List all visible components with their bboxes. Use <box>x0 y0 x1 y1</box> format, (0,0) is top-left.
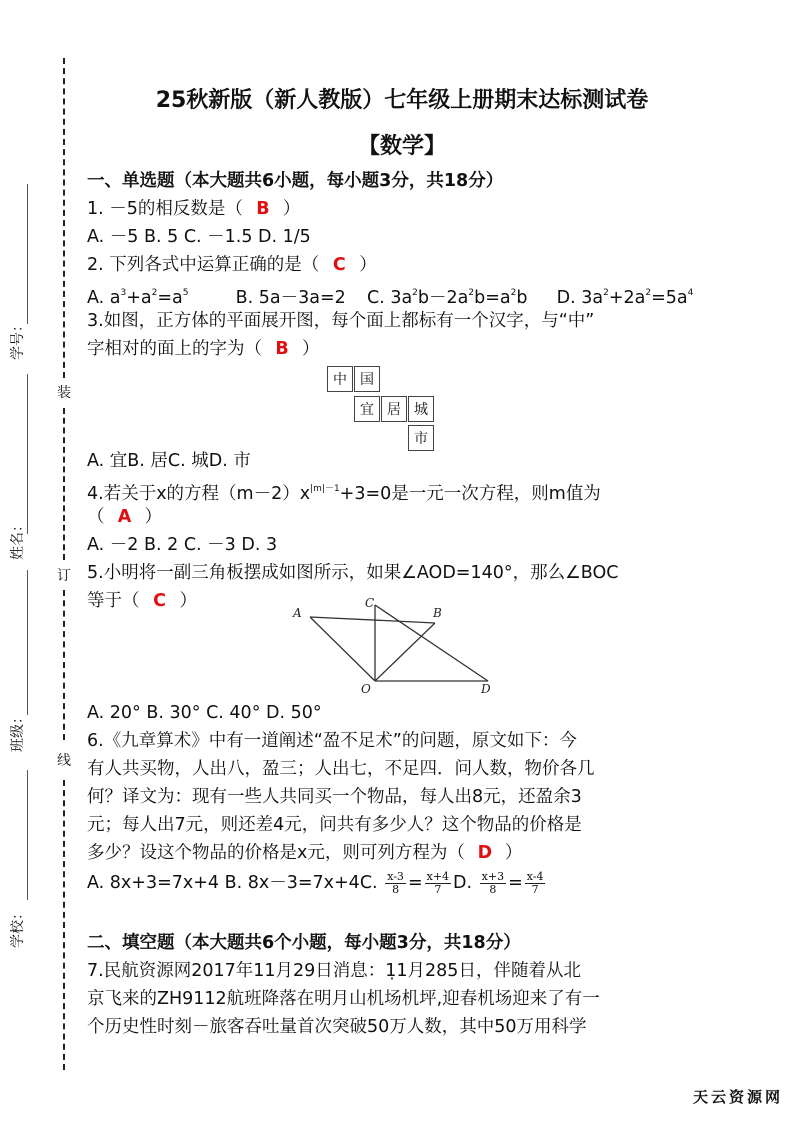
question-number: 1. <box>87 199 104 219</box>
question-7-stem-line1: 7.民航资源网2017年11月29日消息：1̣1月285日，伴随着从北 <box>87 958 581 984</box>
student-id-underline[interactable] <box>27 184 28 324</box>
question-1-options: A. －5 B. 5 C. －1.5 D. 1/5 <box>87 224 311 250</box>
question-text-end: ） <box>283 199 301 219</box>
name-label: 姓名： <box>8 540 28 560</box>
option-b: B. 8x－3=7x+4 <box>225 873 360 893</box>
answer-mark: D <box>465 840 505 866</box>
cube-face: 城 <box>408 396 434 422</box>
question-number: 7. <box>87 961 104 981</box>
question-number: 3. <box>87 311 104 331</box>
answer-mark: A <box>105 504 145 530</box>
question-1-stem: 1. －5的相反数是（B） <box>87 196 300 222</box>
answer-mark: B <box>262 336 302 362</box>
question-text: 小明将一副三角板摆成如图所示，如果∠AOD=140°，那么∠BOC <box>104 563 619 583</box>
exam-title: 25秋新版（新人教版）七年级上册期末达标测试卷 <box>97 86 707 116</box>
point-label-a: A <box>292 606 302 620</box>
question-4-options: A. －2 B. 2 C. －3 D. 3 <box>87 532 277 558</box>
question-6-stem-line1: 6.《九章算术》中有一道阐述“盈不足术”的问题，原文如下：今 <box>87 728 577 754</box>
point-label-b: B <box>432 606 442 620</box>
question-6-options: A. 8x+3=7x+4 B. 8x－3=7x+4C. x-38=x+47D. … <box>87 870 547 896</box>
exam-subject: 【数学】 <box>87 132 717 162</box>
question-2-stem: 2. 下列各式中运算正确的是（C） <box>87 252 377 278</box>
question-5-stem-line1: 5.小明将一副三角板摆成如图所示，如果∠AOD=140°，那么∠BOC <box>87 560 619 586</box>
question-text-end: ） <box>302 339 320 359</box>
cube-net-figure: 中 国 宜 居 城 市 <box>327 366 437 452</box>
question-text: 若关于x的方程（m－2）x <box>104 484 310 504</box>
cube-face: 国 <box>354 366 380 392</box>
question-text-end: ） <box>505 843 523 863</box>
binding-dashed-line <box>63 58 65 378</box>
cube-face: 市 <box>408 425 434 451</box>
question-text: 下列各式中运算正确的是（ <box>109 255 319 275</box>
question-5-options: A. 20° B. 30° C. 40° D. 50° <box>87 700 322 726</box>
question-text: 《九章算术》中有一道阐述“盈不足术”的问题，原文如下：今 <box>104 731 577 751</box>
question-number: 2. <box>87 255 104 275</box>
question-3-options: A. 宜B. 居C. 城D. 市 <box>87 448 251 474</box>
question-text-end: ） <box>359 255 377 275</box>
binding-mark-ding: 订 <box>56 568 72 584</box>
point-label-o: O <box>361 682 371 696</box>
point-label-c: C <box>365 596 374 610</box>
question-text: +3=0是一元一次方程，则m值为 <box>340 484 601 504</box>
question-text: 多少？设这个物品的价格是x元，则可列方程为（ <box>87 843 465 863</box>
question-text: －5的相反数是（ <box>109 199 243 219</box>
option-c: C. x-38=x+47 <box>360 873 453 893</box>
question-text-end: ） <box>145 507 163 527</box>
fraction: x+38 <box>480 871 506 896</box>
option-d: D. 3a2+2a2=5a4 <box>557 288 694 308</box>
question-text: 等于（ <box>87 591 140 611</box>
option-c: C. 3a2b－2a2b=a2b <box>367 288 527 308</box>
fraction: x+47 <box>425 871 451 896</box>
question-number: 5. <box>87 563 104 583</box>
question-2-options: A. a3+a2=a5 B. 5a－3a=2 C. 3a2b－2a2b=a2b … <box>87 280 693 311</box>
question-7-stem-line2: 京飞来的ZH9112航班降落在明月山机场机坪,迎春机场迎来了有一 <box>87 986 600 1012</box>
cube-face: 居 <box>381 396 407 422</box>
school-label: 学校： <box>8 928 28 948</box>
triangle-boards-figure: A C B O D <box>285 595 505 700</box>
exponent: |m|－1 <box>310 484 340 494</box>
student-id-label: 学号： <box>8 340 28 360</box>
question-text-end: ） <box>180 591 198 611</box>
question-5-stem-line2: 等于（C） <box>87 588 197 614</box>
question-6-stem-line5: 多少？设这个物品的价格是x元，则可列方程为（D） <box>87 840 522 866</box>
question-number: 6. <box>87 731 104 751</box>
section-heading-fill-blank: 二、填空题（本大题共6个小题，每小题3分，共18分） <box>87 930 521 956</box>
cube-face: 中 <box>327 366 353 392</box>
option-a: A. a3+a2=a5 <box>87 288 189 308</box>
question-6-stem-line4: 元；每人出7元，则还差4元，问共有多少人？这个物品的价格是 <box>87 812 582 838</box>
question-text: 民航资源网2017年11月29日消息：1̣1月285日，伴随着从北 <box>104 961 581 981</box>
question-3-stem-line1: 3.如图，正方体的平面展开图，每个面上都标有一个汉字，与“中” <box>87 308 594 334</box>
point-label-d: D <box>480 682 491 696</box>
question-text: 如图，正方体的平面展开图，每个面上都标有一个汉字，与“中” <box>104 311 595 331</box>
exam-page: 装 订 线 学号： 姓名： 班级： 学校： 25秋新版（新人教版）七年级上册期末… <box>0 0 793 1122</box>
binding-mark-xian: 线 <box>56 753 72 769</box>
binding-dashed-line <box>63 590 65 740</box>
question-text: 字相对的面上的字为（ <box>87 339 262 359</box>
section-heading-single-choice: 一、单选题（本大题共6小题，每小题3分，共18分） <box>87 168 503 194</box>
binding-mark-zhuang: 装 <box>56 385 72 401</box>
question-6-stem-line3: 何？译文为：现有一些人共同买一个物品，每人出8元，还盈余3 <box>87 784 582 810</box>
question-7-stem-line3: 个历史性时刻－旅客吞吐量首次突破50万人数，其中50万用科学 <box>87 1014 587 1040</box>
question-3-stem-line2: 字相对的面上的字为（B） <box>87 336 320 362</box>
class-label: 班级： <box>8 732 28 752</box>
watermark-text: 天云资源网 <box>693 1086 783 1107</box>
question-4-stem-line1: 4.若关于x的方程（m－2）x|m|－1+3=0是一元一次方程，则m值为 <box>87 476 601 507</box>
answer-mark: C <box>140 588 180 614</box>
question-text: （ <box>87 507 105 527</box>
class-underline[interactable] <box>27 570 28 715</box>
question-6-stem-line2: 有人共买物，人出八，盈三；人出七，不足四．问人数，物价各几 <box>87 756 595 782</box>
binding-dashed-line <box>63 408 65 560</box>
option-b: B. 5a－3a=2 <box>236 288 346 308</box>
option-d: D. x+38=x-47 <box>453 873 547 893</box>
answer-mark: C <box>319 252 359 278</box>
school-underline[interactable] <box>27 770 28 900</box>
fraction: x-47 <box>525 871 546 896</box>
question-number: 4. <box>87 484 104 504</box>
binding-dashed-line <box>63 780 65 1070</box>
name-underline[interactable] <box>27 374 28 534</box>
question-4-stem-line2: （A） <box>87 504 162 530</box>
option-a: A. 8x+3=7x+4 <box>87 873 219 893</box>
fraction: x-38 <box>385 871 406 896</box>
answer-mark: B <box>243 196 283 222</box>
cube-face: 宜 <box>354 396 380 422</box>
